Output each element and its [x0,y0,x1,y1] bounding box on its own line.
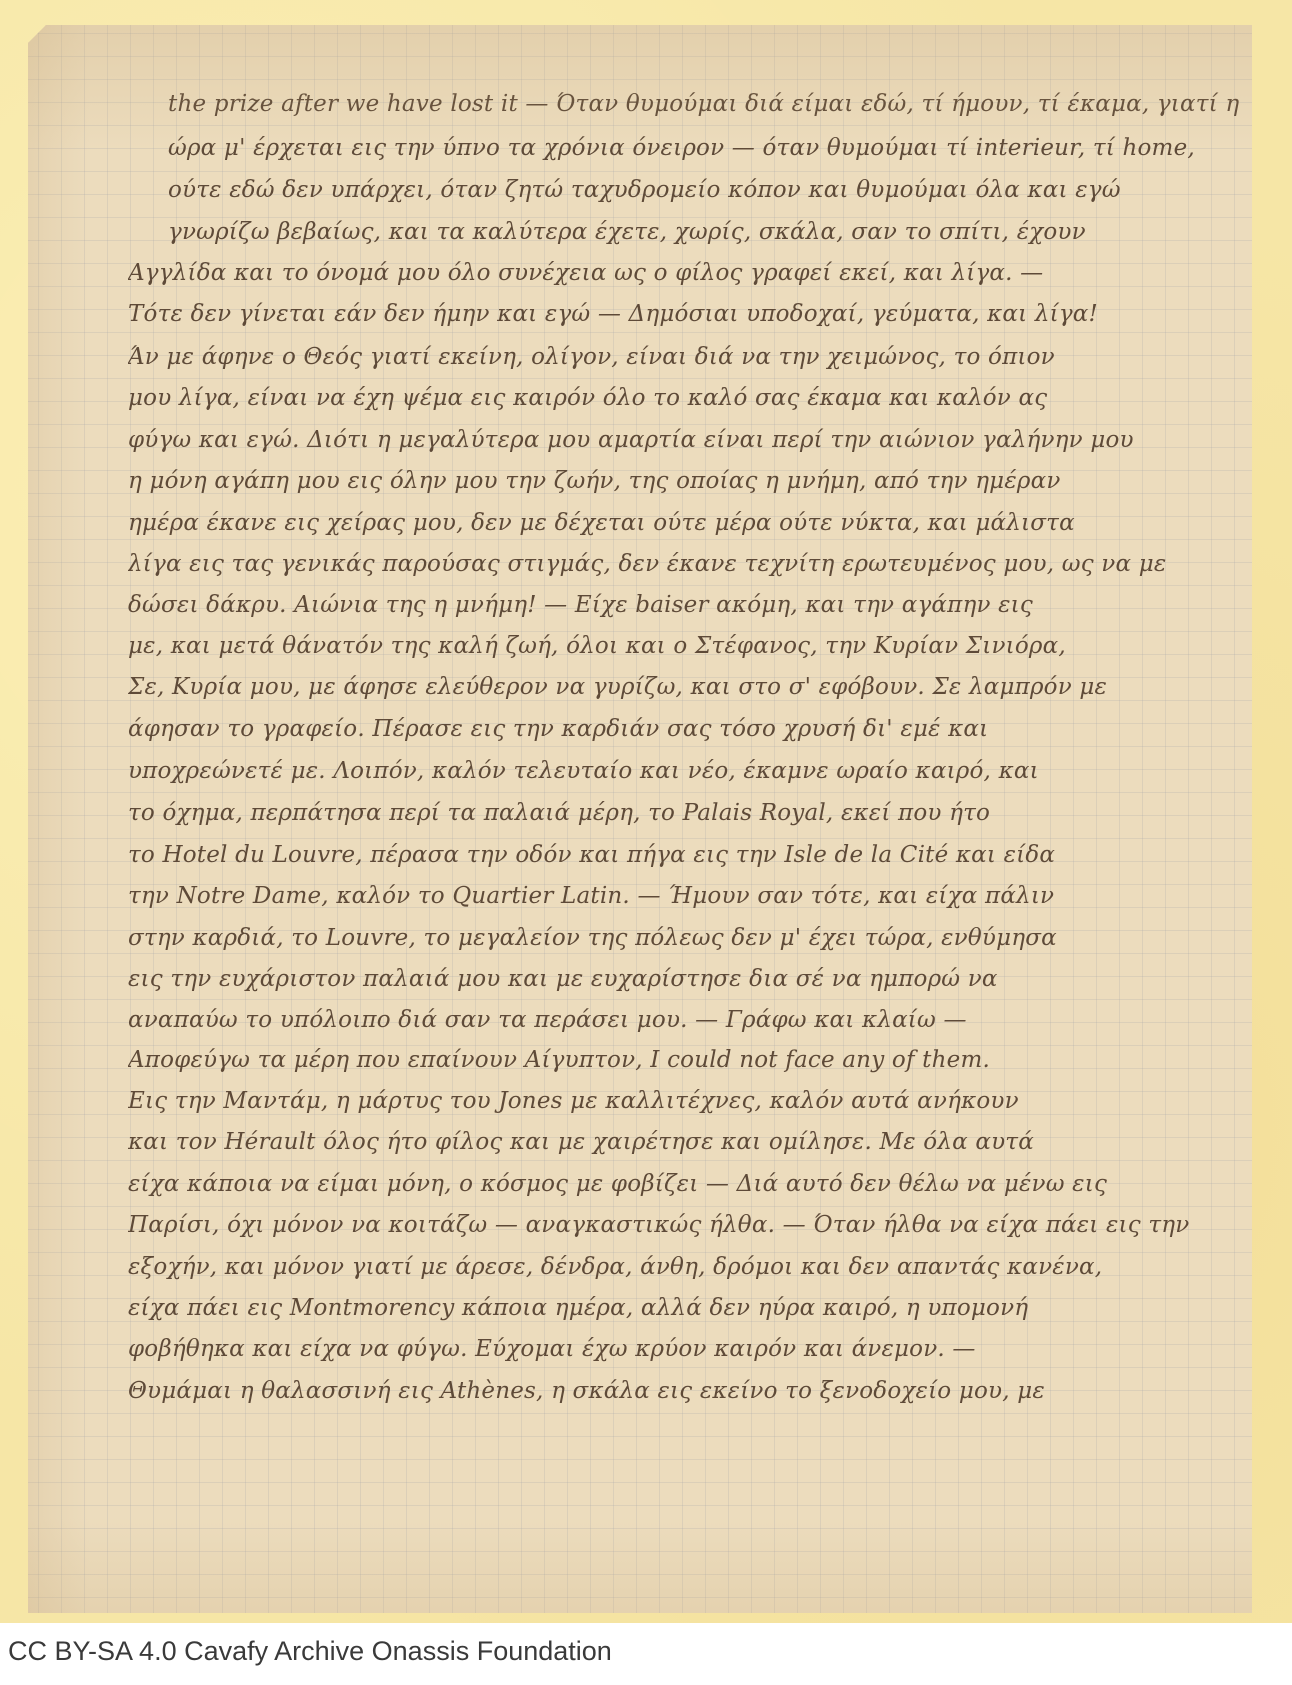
manuscript-line: το όχημα, περπάτησα περί τα παλαιά μέρη,… [128,798,1208,828]
manuscript-line: Άν με άφηνε ο Θεός γιατί εκείνη, ολίγον,… [128,342,1208,372]
manuscript-line: Εις την Μαντάμ, η μάρτυς του Jones με κα… [128,1086,1208,1116]
manuscript-line: ημέρα έκανε εις χείρας μου, δεν με δέχετ… [128,508,1208,538]
manuscript-line: με, και μετά θάνατόν της καλή ζωή, όλοι … [128,631,1208,661]
manuscript-line: Παρίσι, όχι μόνον να κοιτάζω — αναγκαστι… [128,1210,1208,1240]
manuscript-line: λίγα εις τας γενικάς παρούσας στιγμάς, δ… [128,549,1208,579]
manuscript-line: άφησαν το γραφείο. Πέρασε εις την καρδιά… [128,714,1208,744]
manuscript-line: Αποφεύγω τα μέρη που επαίνουν Αίγυπτον, … [128,1045,1208,1075]
manuscript-line: δώσει δάκρυ. Αιώνια της η μνήμη! — Είχε … [128,590,1208,620]
manuscript-line: στην καρδιά, το Louvre, το μεγαλείον της… [128,923,1208,953]
manuscript-line: μου λίγα, είναι να έχη ψέμα εις καιρόν ό… [128,383,1208,413]
manuscript-line: υποχρεώνετέ με. Λοιπόν, καλόν τελευταίο … [128,756,1208,786]
manuscript-line: ώρα μ' έρχεται εις την ύπνο τα χρόνια όν… [168,133,1248,163]
manuscript-line: αναπαύω το υπόλοιπο διά σαν τα περάσει μ… [128,1005,1208,1035]
manuscript-line: το Hotel du Louvre, πέρασα την οδόν και … [128,840,1208,870]
manuscript-line: είχα πάει εις Montmorency κάποια ημέρα, … [128,1293,1208,1323]
manuscript-line: είχα κάποια να είμαι μόνη, ο κόσμος με φ… [128,1169,1208,1199]
manuscript-line: την Notre Dame, καλόν το Quartier Latin.… [128,881,1208,911]
manuscript-line: ούτε εδώ δεν υπάρχει, όταν ζητώ ταχυδρομ… [168,175,1248,205]
manuscript-line: εις την ευχάριστον παλαιά μου και με ευχ… [128,964,1208,994]
manuscript-line: Τότε δεν γίνεται εάν δεν ήμην και εγώ — … [128,299,1208,329]
manuscript-line: η μόνη αγάπη μου εις όλην μου την ζωήν, … [128,466,1208,496]
manuscript-line: Σε, Κυρία μου, με άφησε ελεύθερον να γυρ… [128,672,1208,702]
license-credit: CC BY-SA 4.0 Cavafy Archive Onassis Foun… [8,1636,612,1667]
manuscript-line: εξοχήν, και μόνον γιατί με άρεσε, δένδρα… [128,1252,1208,1282]
manuscript-line: φύγω και εγώ. Διότι η μεγαλύτερα μου αμα… [128,425,1208,455]
manuscript-line: γνωρίζω βεβαίως, και τα καλύτερα έχετε, … [168,217,1248,247]
manuscript-sheet: the prize after we have lost it — Όταν θ… [28,25,1252,1613]
manuscript-line: Αγγλίδα και το όνομά μου όλο συνέχεια ως… [128,258,1208,288]
manuscript-line: the prize after we have lost it — Όταν θ… [168,89,1248,119]
manuscript-line: και τον Hérault όλος ήτο φίλος και με χα… [128,1127,1208,1157]
manuscript-line: Θυμάμαι η θαλασσινή εις Athènes, η σκάλα… [128,1376,1208,1406]
manuscript-line: φοβήθηκα και είχα να φύγω. Εύχομαι έχω κ… [128,1334,1208,1364]
